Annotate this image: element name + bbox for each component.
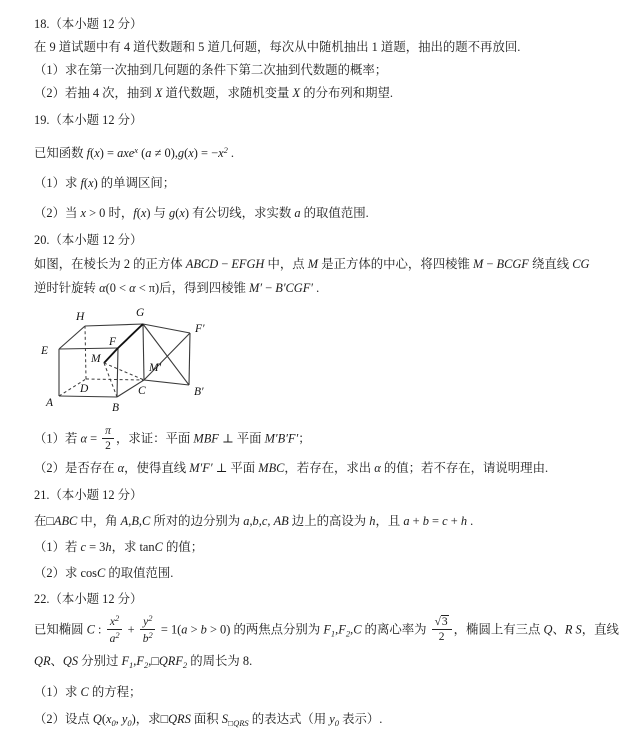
- text-segment: .: [313, 281, 319, 295]
- text-line: 19.（本小题 12 分）: [34, 105, 617, 135]
- text-segment: +: [125, 623, 138, 637]
- cube-rotation-figure: A B C D E F G H M M′ F′ B′: [36, 304, 617, 422]
- vertex-label-f: F: [108, 336, 117, 348]
- sqrt-expression: √3: [435, 615, 449, 628]
- text-segment: 、: [552, 623, 564, 637]
- text-segment: QR: [34, 654, 51, 668]
- text-segment: 绕直线: [529, 257, 572, 271]
- text-line: （1）求在第一次抽到几何题的条件下第二次抽到代数题的概率；: [34, 59, 617, 82]
- text-segment: 边上的高设为: [289, 514, 370, 528]
- text-segment: ,□: [148, 654, 159, 668]
- text-segment: 22.（本小题 12 分）: [34, 592, 142, 606]
- text-segment: 2: [115, 630, 119, 640]
- text-segment: 的值；若不存在，请说明理由.: [381, 461, 548, 475]
- text-segment: 19.（本小题 12 分）: [34, 113, 142, 127]
- text-segment: M: [473, 257, 483, 271]
- text-segment: B′CGF′: [275, 281, 313, 295]
- exam-document: 18.（本小题 12 分）在 9 道试题中有 4 道代数题和 5 道几何题，每次…: [0, 0, 629, 737]
- text-segment: 2: [115, 613, 119, 623]
- text-segment: 分别过: [78, 654, 121, 668]
- text-segment: ，使得直线: [124, 461, 189, 475]
- vertex-label-m-prime: M′: [148, 362, 162, 374]
- text-segment: QS: [63, 654, 78, 668]
- text-segment: F: [136, 654, 144, 668]
- text-segment: 的离心率为: [361, 623, 429, 637]
- text-segment: （2）设点: [34, 712, 93, 726]
- text-segment: ) 与: [146, 206, 169, 220]
- text-segment: QRS: [168, 712, 191, 726]
- text-segment: C: [155, 540, 163, 554]
- text-segment: 面积: [191, 712, 222, 726]
- text-line: 在 9 道试题中有 4 道代数题和 5 道几何题，每次从中随机抽出 1 道题，抽…: [34, 36, 617, 59]
- vertex-label-m: M: [90, 353, 102, 365]
- text-segment: ，求证：平面: [116, 431, 193, 445]
- text-segment: ) =: [100, 146, 117, 160]
- text-segment: > 0 时，: [86, 206, 133, 220]
- text-line: 如图，在棱长为 2 的正方体 ABCD − EFGH 中，点 M 是正方体的中心…: [34, 252, 617, 276]
- text-line: （1）若 c = 3h，求 tanC 的值；: [34, 534, 617, 560]
- text-segment: 的方程；: [89, 685, 142, 699]
- vertex-label-a: A: [45, 397, 54, 409]
- text-segment: MBC: [258, 461, 284, 475]
- text-segment: 的表达式（用: [249, 712, 330, 726]
- text-segment: □QRS: [228, 718, 249, 728]
- text-segment: .: [228, 146, 234, 160]
- text-segment: >: [187, 623, 200, 637]
- text-segment: 所对的边分别为: [150, 514, 243, 528]
- text-line: QR、QS 分别过 F1,F2,□QRF2 的周长为 8.: [34, 648, 617, 679]
- text-line: 22.（本小题 12 分）: [34, 586, 617, 613]
- text-segment: （1）求: [34, 176, 80, 190]
- text-segment: ⊥ 平面: [213, 461, 259, 475]
- text-segment: （1）求在第一次抽到几何题的条件下第二次抽到代数题的概率；: [34, 63, 387, 77]
- text-segment: +: [410, 514, 423, 528]
- text-segment: 在□: [34, 514, 54, 528]
- text-segment: 18.（本小题 12 分）: [34, 17, 142, 31]
- text-segment: =: [87, 431, 100, 445]
- text-segment: 的值；: [163, 540, 203, 554]
- vertex-label-b-prime: B′: [194, 386, 204, 398]
- text-segment: MBF: [193, 431, 218, 445]
- text-segment: ) 有公切线，求实数: [185, 206, 294, 220]
- fraction: √32: [432, 616, 452, 643]
- text-segment: 已知函数: [34, 146, 87, 160]
- text-segment: ，椭圆上有三点: [454, 623, 544, 637]
- text-segment: 表示）.: [339, 712, 382, 726]
- text-segment: ；: [298, 431, 310, 445]
- text-segment: 20.（本小题 12 分）: [34, 233, 142, 247]
- vertex-label-g: G: [136, 307, 145, 319]
- vertex-label-d: D: [79, 383, 89, 395]
- text-segment: ≠ 0),: [152, 146, 178, 160]
- text-segment: 2: [105, 440, 111, 452]
- text-segment: BCGF: [497, 257, 529, 271]
- text-line: 18.（本小题 12 分）: [34, 13, 617, 36]
- text-segment: M′F′: [189, 461, 212, 475]
- text-segment: −: [483, 257, 496, 271]
- text-segment: M′: [249, 281, 262, 295]
- text-segment: Q: [93, 712, 102, 726]
- text-line: （2）设点 Q(x0, y0)，求□QRS 面积 S□QRS 的表达式（用 y0…: [34, 706, 617, 737]
- text-segment: AB: [274, 514, 289, 528]
- problem-18: 18.（本小题 12 分）在 9 道试题中有 4 道代数题和 5 道几何题，每次…: [34, 13, 617, 105]
- text-segment: 中，角: [77, 514, 120, 528]
- text-segment: F: [338, 623, 346, 637]
- text-segment: +: [448, 514, 461, 528]
- text-line: （2）是否存在 α，使得直线 M′F′ ⊥ 平面 MBC，若存在，求出 α 的值…: [34, 455, 617, 482]
- text-segment: 已知椭圆: [34, 623, 87, 637]
- text-line: 已知椭圆 C : x2a2 + y2b2 = 1(a > b > 0) 的两焦点…: [34, 613, 617, 648]
- vertex-label-c: C: [138, 385, 146, 397]
- text-line: （2）求 cosC 的取值范围.: [34, 560, 617, 586]
- text-segment: 中，点: [264, 257, 307, 271]
- text-segment: （2）求 cos: [34, 566, 97, 580]
- text-line: 20.（本小题 12 分）: [34, 228, 617, 252]
- text-segment: （1）求: [34, 685, 80, 699]
- text-segment: C: [97, 566, 105, 580]
- vertex-label-e: E: [40, 345, 48, 357]
- problem-19: 19.（本小题 12 分）已知函数 f(x) = axex (a ≠ 0),g(…: [34, 105, 617, 228]
- text-segment: M′B′F′: [265, 431, 299, 445]
- text-segment: 在 9 道试题中有 4 道代数题和 5 道几何题，每次从中随机抽出 1 道题，抽…: [34, 40, 520, 54]
- text-segment: C: [80, 685, 88, 699]
- problem-20-questions: （1）若 α = π2，求证：平面 MBF ⊥ 平面 M′B′F′；（2）是否存…: [34, 424, 617, 482]
- text-segment: M: [308, 257, 318, 271]
- text-segment: 2: [439, 631, 445, 643]
- figure-vertex-labels: A B C D E F G H M M′ F′ B′: [40, 307, 205, 414]
- text-segment: ，直线: [582, 623, 619, 637]
- text-segment: (0 <: [106, 281, 130, 295]
- text-segment: ) = −: [194, 146, 218, 160]
- text-segment: CG: [572, 257, 589, 271]
- text-segment: EFGH: [231, 257, 264, 271]
- problem-20: 20.（本小题 12 分）如图，在棱长为 2 的正方体 ABCD − EFGH …: [34, 228, 617, 300]
- fraction: π2: [102, 425, 114, 452]
- text-segment: axe: [117, 146, 134, 160]
- text-line: 在□ABC 中，角 A,B,C 所对的边分别为 a,b,c, AB 边上的高设为…: [34, 508, 617, 534]
- problem-22: 22.（本小题 12 分）已知椭圆 C : x2a2 + y2b2 = 1(a …: [34, 586, 617, 737]
- text-segment: ABC: [54, 514, 77, 528]
- text-segment: = 3: [86, 540, 105, 554]
- text-segment: 如图，在棱长为 2 的正方体: [34, 257, 186, 271]
- text-segment: 2: [148, 613, 152, 623]
- text-segment: 逆时针旋转: [34, 281, 99, 295]
- text-segment: 的分布列和期望.: [300, 86, 393, 100]
- text-segment: ) 的单调区间；: [94, 176, 176, 190]
- text-segment: ，求 tan: [112, 540, 155, 554]
- text-line: （2）当 x > 0 时，f(x) 与 g(x) 有公切线，求实数 a 的取值范…: [34, 198, 617, 228]
- text-segment: 的取值范围.: [105, 566, 173, 580]
- text-segment: −: [262, 281, 275, 295]
- problem-21: 21.（本小题 12 分）在□ABC 中，角 A,B,C 所对的边分别为 a,b…: [34, 482, 617, 586]
- text-segment: ABCD: [186, 257, 218, 271]
- text-segment: 的取值范围.: [301, 206, 369, 220]
- text-line: 逆时针旋转 α(0 < α < π)后，得到四棱锥 M′ − B′CGF′ .: [34, 276, 617, 300]
- text-segment: =: [429, 514, 442, 528]
- text-segment: .: [467, 514, 473, 528]
- text-segment: 的周长为 8.: [187, 654, 252, 668]
- text-segment: ，且: [375, 514, 403, 528]
- text-line: （2）若抽 4 次，抽到 X 道代数题，求随机变量 X 的分布列和期望.: [34, 82, 617, 105]
- text-segment: 、: [51, 654, 63, 668]
- fraction: x2a2: [107, 614, 123, 645]
- text-line: 21.（本小题 12 分）: [34, 482, 617, 508]
- text-segment: （2）是否存在: [34, 461, 118, 475]
- text-segment: > 0) 的两焦点分别为: [207, 623, 323, 637]
- figure-dashed-edges: [59, 326, 144, 397]
- text-segment: 21.（本小题 12 分）: [34, 488, 142, 502]
- text-segment: B: [131, 514, 139, 528]
- text-segment: ，若存在，求出: [284, 461, 374, 475]
- figure-solid-edges: [59, 324, 190, 397]
- text-line: （1）若 α = π2，求证：平面 MBF ⊥ 平面 M′B′F′；: [34, 424, 617, 455]
- text-segment: = 1(: [158, 623, 182, 637]
- text-segment: < π)后，得到四棱锥: [136, 281, 249, 295]
- text-segment: （2）当: [34, 206, 80, 220]
- text-segment: ⊥ 平面: [219, 431, 265, 445]
- text-line: 已知函数 f(x) = axex (a ≠ 0),g(x) = −x2 .: [34, 135, 617, 168]
- text-segment: （1）若: [34, 540, 80, 554]
- text-segment: X: [293, 86, 301, 100]
- vertex-label-h: H: [75, 311, 85, 323]
- text-segment: （2）若抽 4 次，抽到: [34, 86, 155, 100]
- cube-figure-svg: A B C D E F G H M M′ F′ B′: [36, 304, 274, 422]
- text-segment: F: [121, 654, 129, 668]
- text-line: （1）求 f(x) 的单调区间；: [34, 168, 617, 198]
- text-segment: π: [105, 425, 111, 437]
- vertex-label-b: B: [112, 402, 119, 414]
- text-segment: （1）若: [34, 431, 80, 445]
- text-segment: 2: [149, 630, 153, 640]
- text-segment: )，求□: [132, 712, 168, 726]
- text-segment: QRF: [159, 654, 183, 668]
- text-segment: C: [87, 623, 95, 637]
- text-line: （1）求 C 的方程；: [34, 679, 617, 706]
- text-segment: −: [218, 257, 231, 271]
- fraction: y2b2: [140, 614, 156, 645]
- text-segment: 是正方体的中心，将四棱锥: [318, 257, 473, 271]
- text-segment: F: [323, 623, 331, 637]
- vertex-label-f-prime: F′: [194, 323, 205, 335]
- text-segment: 道代数题，求随机变量: [162, 86, 292, 100]
- text-segment: :: [95, 623, 105, 637]
